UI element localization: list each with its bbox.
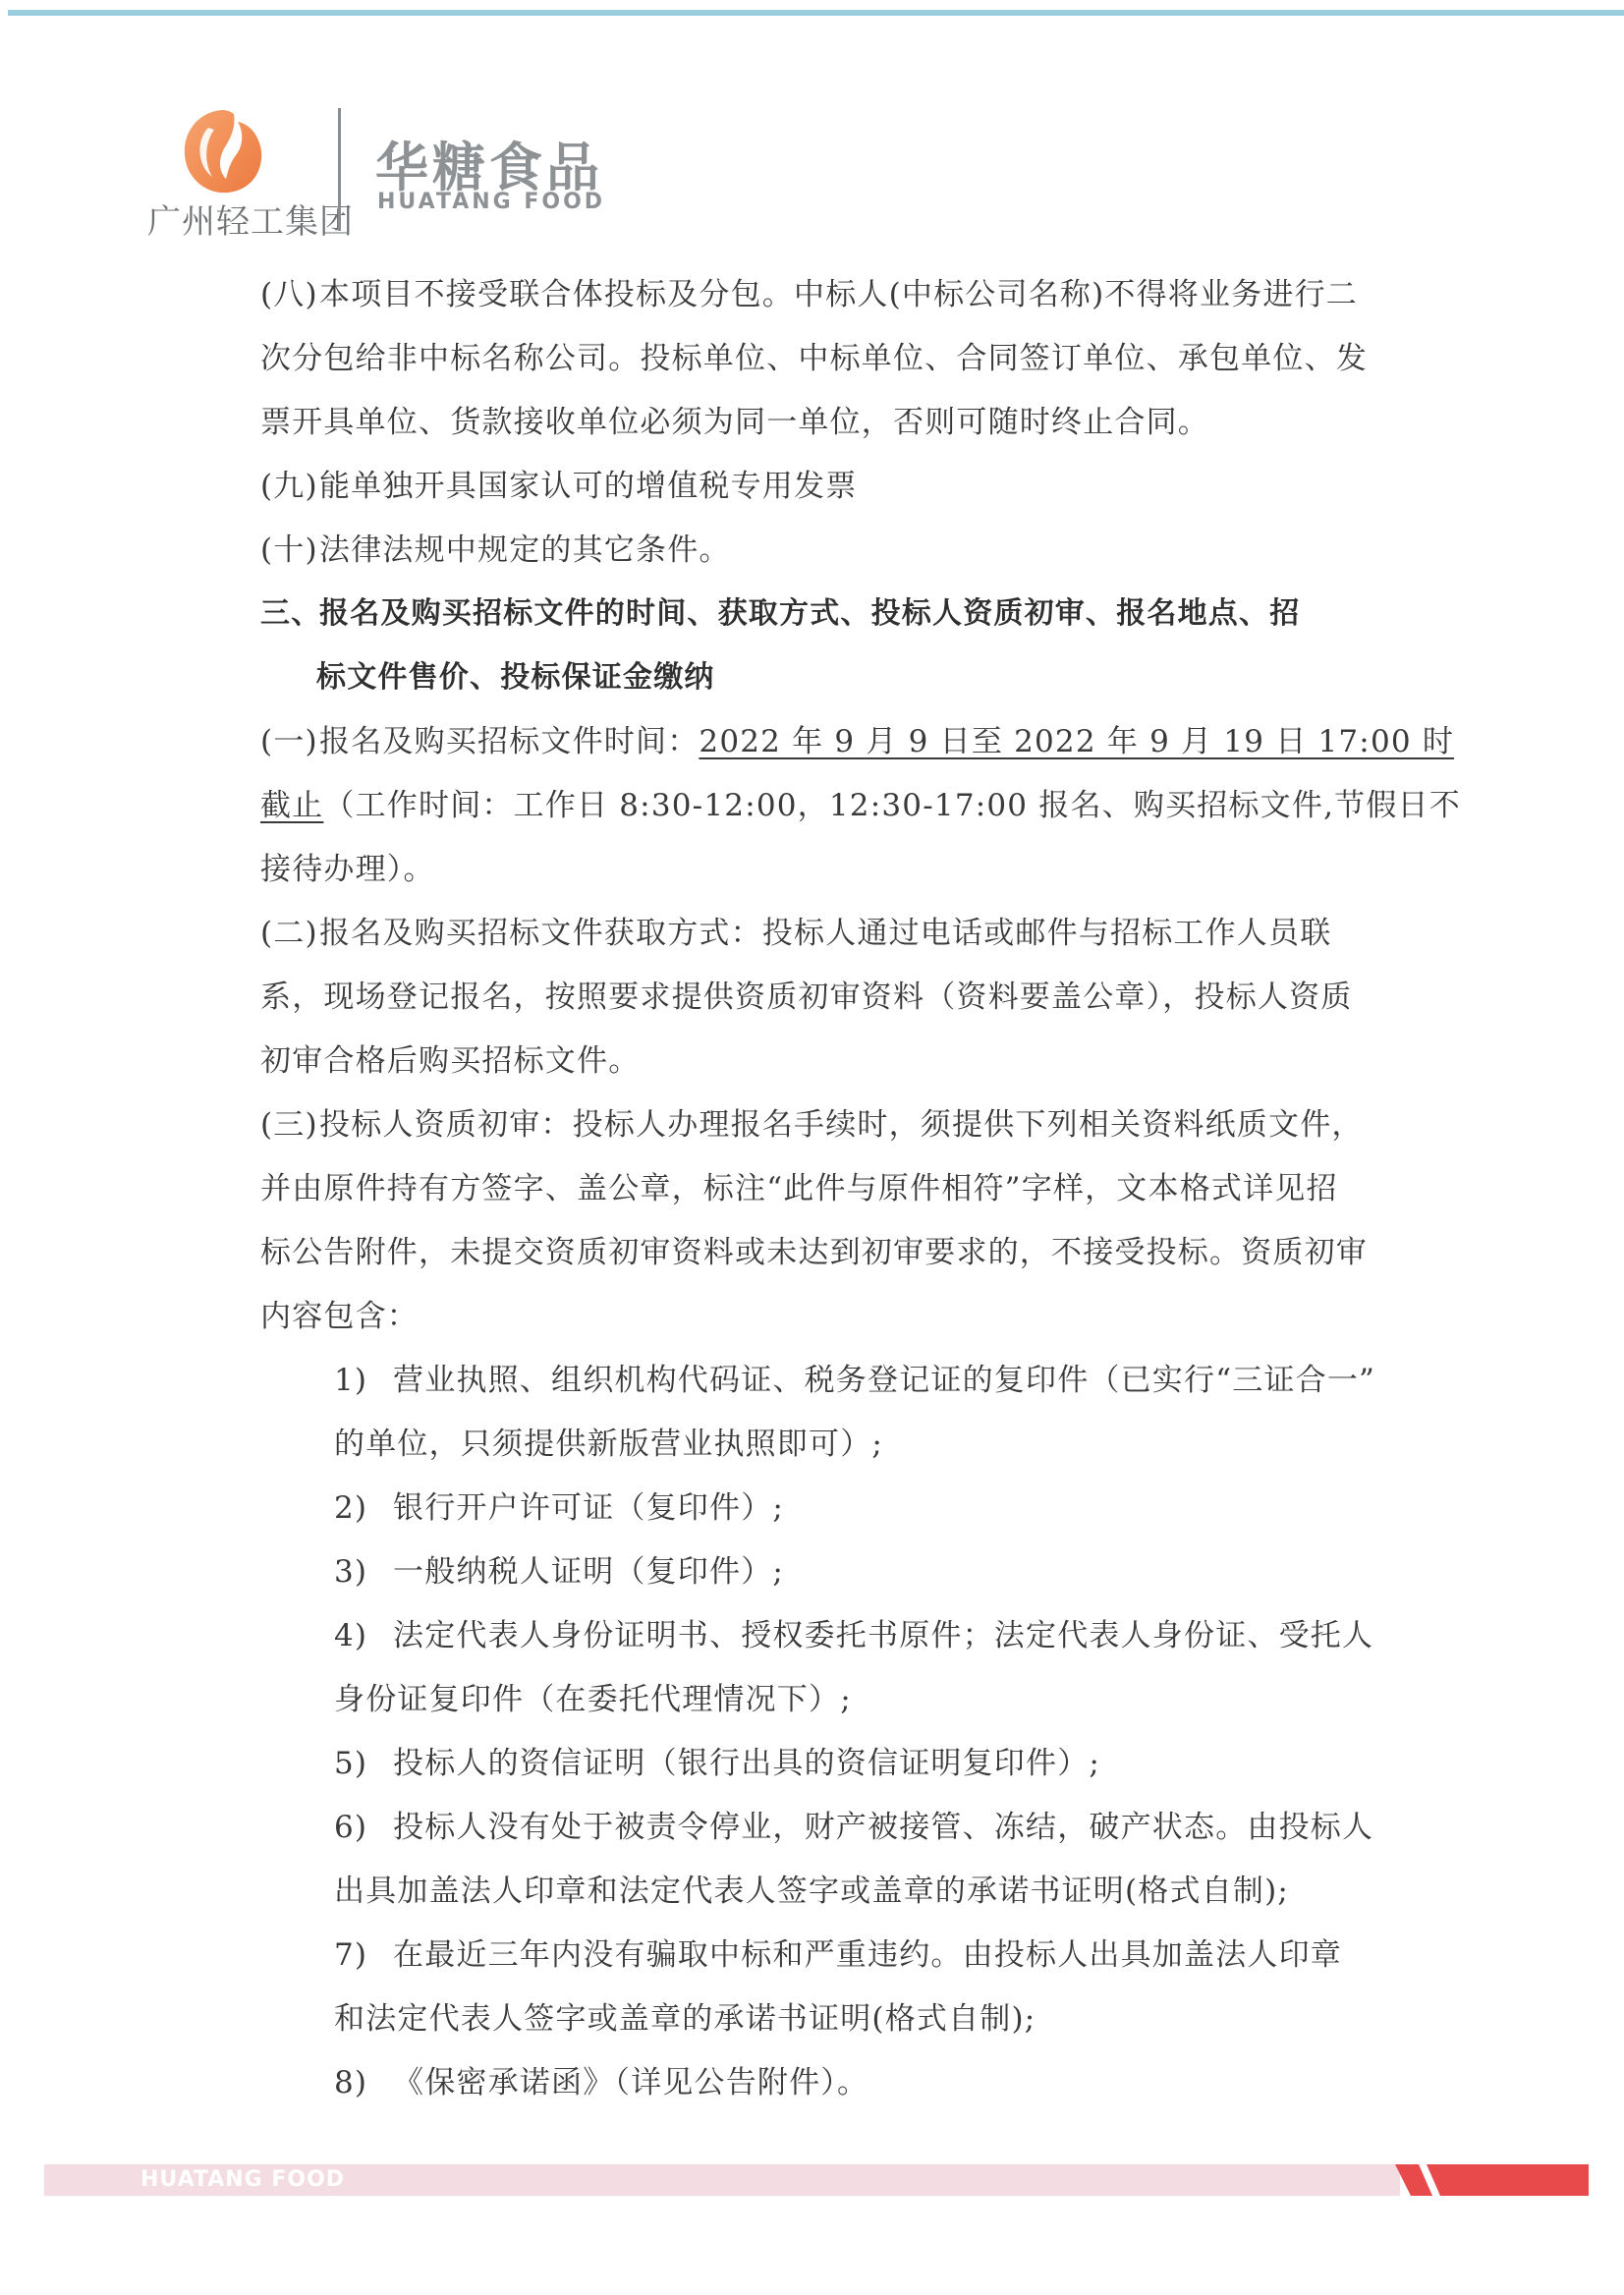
sub-3-line-2: 并由原件持有方签字、盖公章，标注“此件与原件相符”字样，文本格式详见招 [260,1169,1338,1208]
list-item-7-line-1: 7)在最近三年内没有骗取中标和严重违约。由投标人出具加盖法人印章 [334,1935,1342,1975]
item-8-number: (八) [260,275,319,314]
header-top-bar [8,10,1624,16]
list-item-1-line-2: 的单位，只须提供新版营业执照即可）; [334,1425,883,1464]
sub-3-line-4: 内容包含： [260,1297,419,1336]
sub-3-line-3: 标公告附件，未提交资质初审资料或未达到初审要求的，不接受投标。资质初审 [260,1233,1368,1272]
registration-period-date: 2022 年 9 月 9 日至 2022 年 9 月 19 日 17:00 时 [699,724,1454,759]
list-item-2: 2)银行开户许可证（复印件）; [334,1488,784,1528]
list-item-5: 5)投标人的资信证明（银行出具的资信证明复印件）; [334,1744,1100,1783]
sub-2-number: (二) [260,914,319,953]
list-item-3: 3)一般纳税人证明（复印件）; [334,1552,784,1592]
paragraph-item-8-line-2: 次分包给非中标名称公司。投标单位、中标单位、合同签订单位、承包单位、发 [260,339,1368,378]
sub-1-number: (一) [260,722,319,761]
sub-1-line-3: 接待办理）。 [260,850,435,889]
footer-brand-text: HUATANG FOOD [140,2164,345,2196]
group-name-text: 广州轻工集团 [147,195,354,243]
deadline-text: 截止 [260,788,323,823]
sub-3-line-1: (三)投标人资质初审：投标人办理报名手续时，须提供下列相关资料纸质文件， [260,1105,1364,1145]
sub-1-line-1: (一)报名及购买招标文件时间：2022 年 9 月 9 日至 2022 年 9 … [260,722,1454,761]
footer-red-stripe-icon [1395,2164,1589,2196]
list-item-4-line-1: 4)法定代表人身份证明书、授权委托书原件；法定代表人身份证、受托人 [334,1616,1373,1655]
section-3-number: 三、 [260,594,319,634]
paragraph-item-9: (九)能单独开具国家认可的增值税专用发票 [260,467,857,506]
section-3-heading-line-1: 三、报名及购买招标文件的时间、获取方式、投标人资质初审、报名地点、招 [260,594,1300,634]
guangzhou-light-industry-logo-icon [179,106,265,196]
logo-divider [338,108,341,231]
section-3-heading-line-2: 标文件售价、投标保证金缴纳 [316,658,715,698]
item-9-number: (九) [260,467,319,506]
sub-2-line-3: 初审合格后购买招标文件。 [260,1041,640,1081]
item-10-number: (十) [260,531,319,570]
list-item-7-line-2: 和法定代表人签字或盖章的承诺书证明(格式自制); [334,1999,1036,2039]
list-item-4-line-2: 身份证复印件（在委托代理情况下）; [334,1680,852,1719]
sub-1-line-2: 截止（工作时间：工作日 8:30-12:00，12:30-17:00 报名、购买… [260,786,1461,825]
paragraph-item-8-line-3: 票开具单位、货款接收单位必须为同一单位，否则可随时终止合同。 [260,403,1209,442]
brand-name-english: HUATANG FOOD [377,190,605,214]
sub-2-line-2: 系，现场登记报名，按照要求提供资质初审资料（资料要盖公章），投标人资质 [260,978,1353,1017]
list-item-6-line-2: 出具加盖法人印章和法定代表人签字或盖章的承诺书证明(格式自制); [334,1872,1289,1911]
list-item-1-line-1: 1)营业执照、组织机构代码证、税务登记证的复印件（已实行“三证合一” [334,1361,1375,1400]
sub-2-line-1: (二)报名及购买招标文件获取方式：投标人通过电话或邮件与招标工作人员联 [260,914,1331,953]
paragraph-item-8-line-1: (八)本项目不接受联合体投标及分包。中标人(中标公司名称)不得将业务进行二 [260,275,1358,314]
sub-3-number: (三) [260,1105,319,1145]
list-item-6-line-1: 6)投标人没有处于被责令停业，财产被接管、冻结，破产状态。由投标人 [334,1808,1373,1847]
list-item-8: 8)《保密承诺函》（详见公告附件）。 [334,2063,868,2102]
paragraph-item-10: (十)法律法规中规定的其它条件。 [260,531,731,570]
